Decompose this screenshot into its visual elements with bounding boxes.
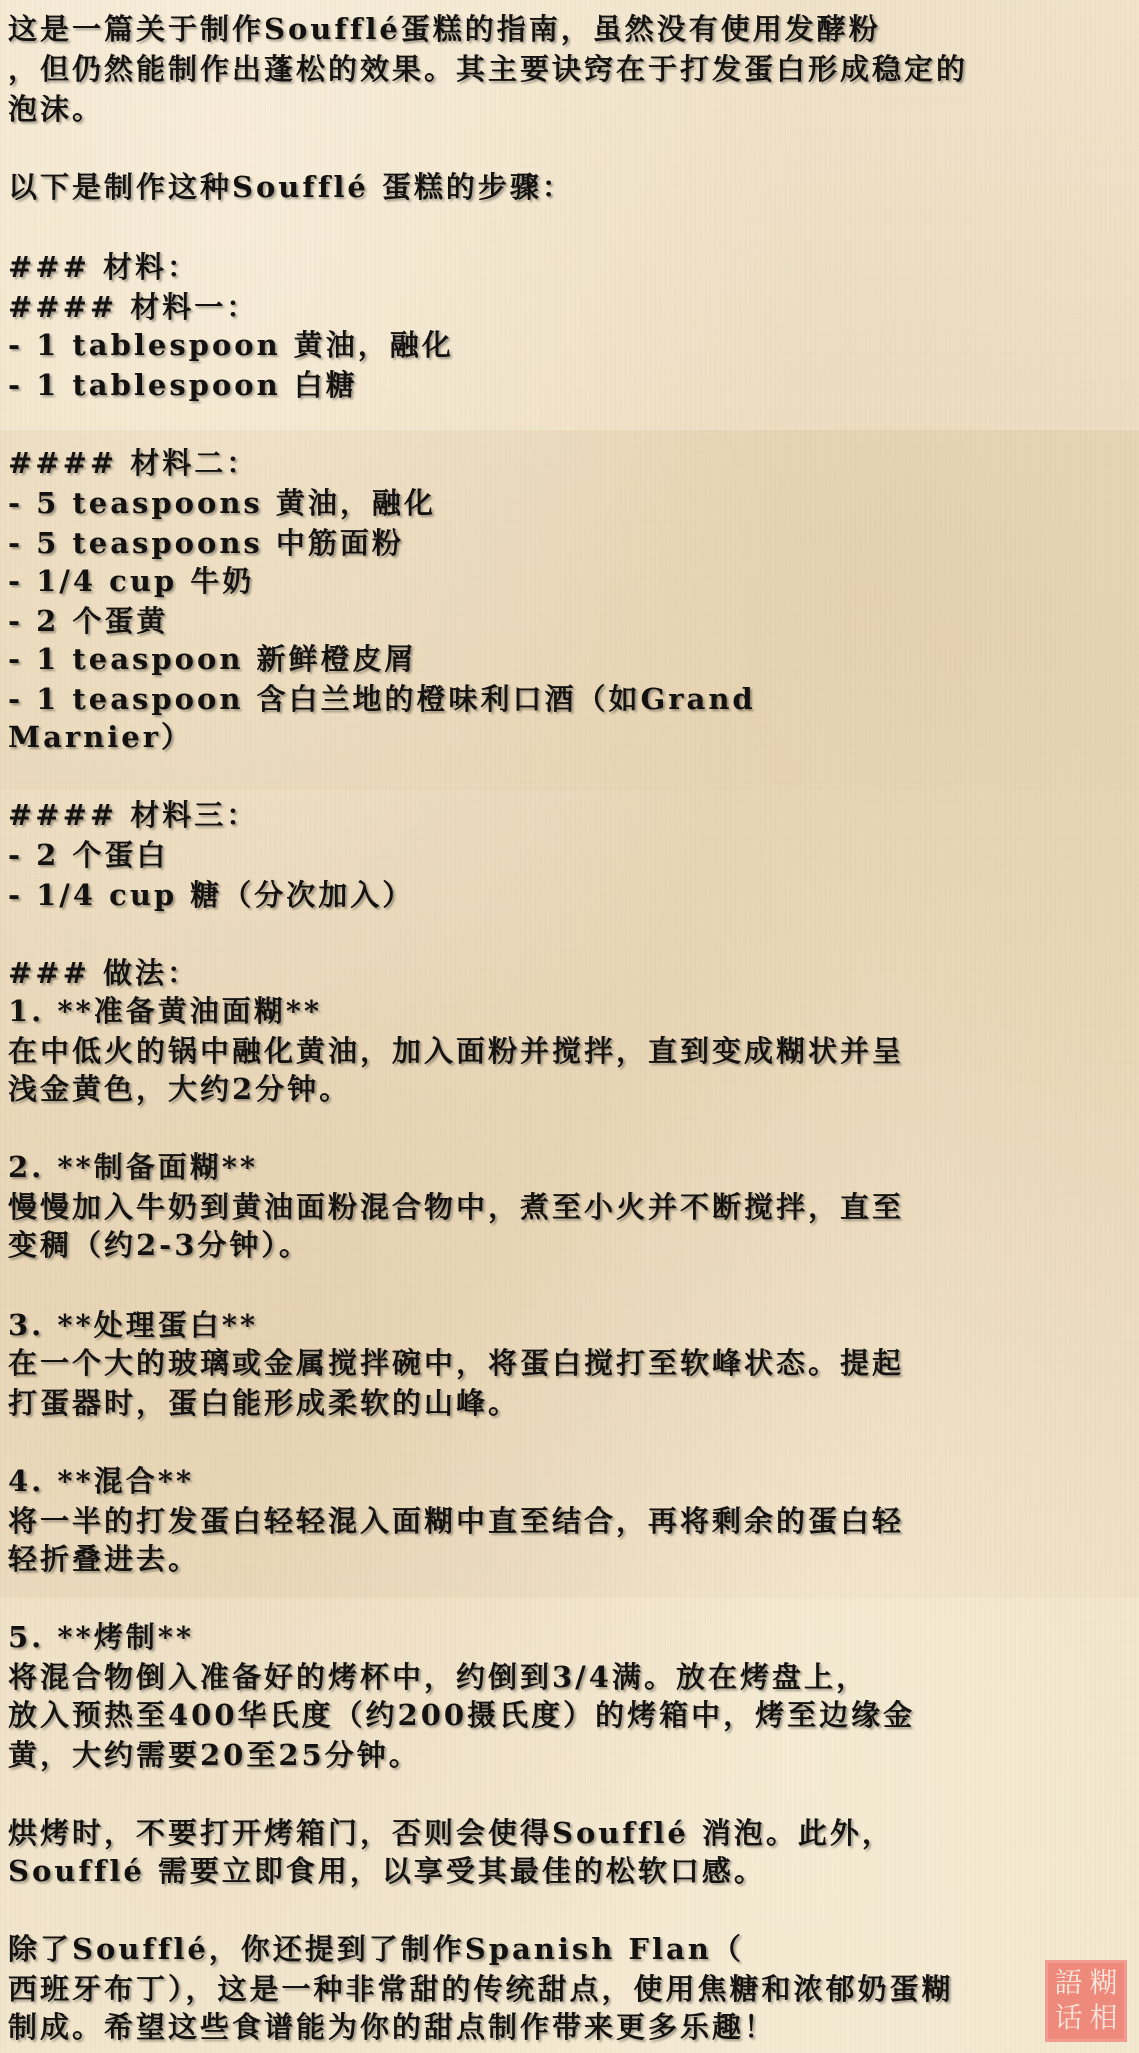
text-line: - 1/4 cup 糖（分次加入） bbox=[8, 876, 414, 914]
seal-char: 话 bbox=[1051, 2001, 1086, 2036]
text-line: 变稠（约2-3分钟）。 bbox=[8, 1226, 311, 1264]
text-line: Marnier） bbox=[8, 718, 193, 756]
text-line: 3. **处理蛋白** bbox=[8, 1306, 258, 1344]
text-line: 在一个大的玻璃或金属搅拌碗中，将蛋白搅打至软峰状态。提起 bbox=[8, 1344, 904, 1382]
text-line: 泡沫。 bbox=[8, 90, 104, 128]
text-line: 4. **混合** bbox=[8, 1462, 194, 1500]
text-line: 轻折叠进去。 bbox=[8, 1540, 200, 1578]
text-line: #### 材料一： bbox=[8, 288, 258, 326]
text-line: ### 材料： bbox=[8, 248, 199, 286]
text-line: - 1/4 cup 牛奶 bbox=[8, 562, 254, 600]
text-line: 西班牙布丁），这是一种非常甜的传统甜点，使用焦糖和浓郁奶蛋糊 bbox=[8, 1970, 954, 2008]
text-line: - 1 teaspoon 新鲜橙皮屑 bbox=[8, 640, 417, 678]
text-line: 放入预热至400华氏度（约200摄氏度）的烤箱中，烤至边缘金 bbox=[8, 1696, 915, 1734]
text-line: ，但仍然能制作出蓬松的效果。其主要诀窍在于打发蛋白形成稳定的 bbox=[8, 50, 968, 88]
seal-char: 相 bbox=[1086, 2001, 1121, 2036]
text-line: 5. **烤制** bbox=[8, 1618, 194, 1656]
text-line: 烘烤时，不要打开烤箱门，否则会使得Soufflé 消泡。此外， bbox=[8, 1814, 894, 1852]
text-line: 以下是制作这种Soufflé 蛋糕的步骤： bbox=[8, 168, 574, 206]
text-line: 制成。希望这些食谱能为你的甜点制作带来更多乐趣！ bbox=[8, 2008, 776, 2046]
text-line: 在中低火的锅中融化黄油，加入面粉并搅拌，直到变成糊状并呈 bbox=[8, 1032, 904, 1070]
seal-char: 糊 bbox=[1086, 1966, 1121, 2001]
text-line: - 5 teaspoons 黄油，融化 bbox=[8, 484, 436, 522]
text-line: 浅金黄色，大约2分钟。 bbox=[8, 1070, 351, 1108]
seal-char: 語 bbox=[1051, 1966, 1086, 2001]
text-line: #### 材料二： bbox=[8, 444, 258, 482]
text-line: 除了Soufflé，你还提到了制作Spanish Flan（ bbox=[8, 1930, 744, 1968]
text-line: - 5 teaspoons 中筋面粉 bbox=[8, 524, 404, 562]
text-line: - 1 tablespoon 黄油，融化 bbox=[8, 326, 454, 364]
text-line: 将一半的打发蛋白轻轻混入面糊中直至结合，再将剩余的蛋白轻 bbox=[8, 1502, 904, 1540]
text-line: 这是一篇关于制作Soufflé蛋糕的指南，虽然没有使用发酵粉 bbox=[8, 10, 881, 48]
text-line: 1. **准备黄油面糊** bbox=[8, 992, 322, 1030]
text-line: - 2 个蛋黄 bbox=[8, 602, 168, 640]
text-line: - 1 tablespoon 白糖 bbox=[8, 366, 358, 404]
text-line: 黄，大约需要20至25分钟。 bbox=[8, 1736, 421, 1774]
text-line: ### 做法： bbox=[8, 954, 199, 992]
text-line: - 1 teaspoon 含白兰地的橙味利口酒（如Grand bbox=[8, 680, 756, 718]
text-line: - 2 个蛋白 bbox=[8, 836, 168, 874]
text-line: 2. **制备面糊** bbox=[8, 1148, 258, 1186]
red-seal-stamp: 語 糊 话 相 bbox=[1045, 1960, 1127, 2042]
text-line: 慢慢加入牛奶到黄油面粉混合物中，煮至小火并不断搅拌，直至 bbox=[8, 1188, 904, 1226]
text-line: Soufflé 需要立即食用，以享受其最佳的松软口感。 bbox=[8, 1852, 766, 1890]
text-line: #### 材料三： bbox=[8, 796, 258, 834]
text-line: 打蛋器时，蛋白能形成柔软的山峰。 bbox=[8, 1384, 520, 1422]
text-line: 将混合物倒入准备好的烤杯中，约倒到3/4满。放在烤盘上， bbox=[8, 1658, 868, 1696]
